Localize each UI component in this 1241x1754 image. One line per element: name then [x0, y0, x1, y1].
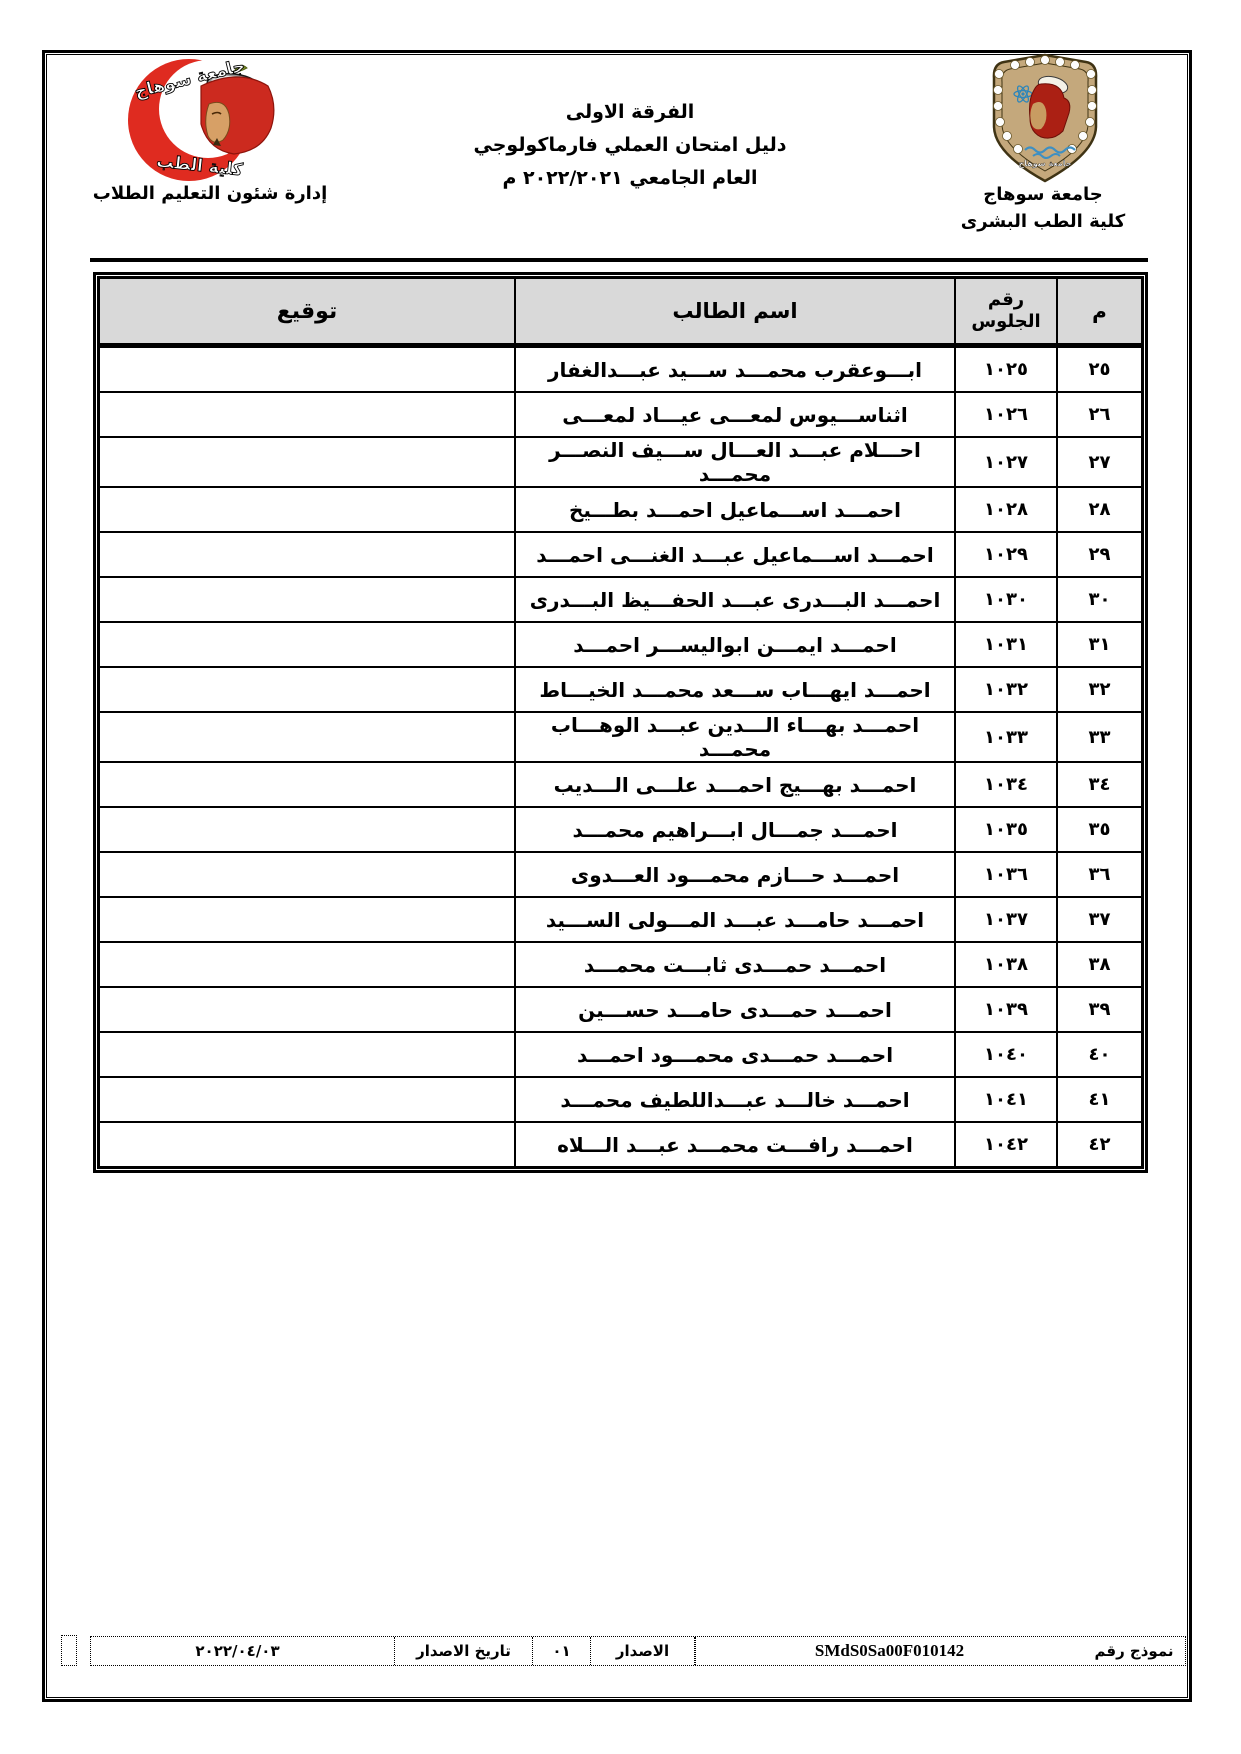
cell-index: ٣٦	[1057, 852, 1142, 897]
shield-caption: جامعة سوهاج	[1018, 159, 1071, 168]
cell-signature	[99, 762, 515, 807]
cell-signature	[99, 852, 515, 897]
cell-seat: ١٠٤٢	[955, 1122, 1057, 1167]
table-row: ٢٨١٠٢٨احمـــد اســـماعيل احمـــد بطـــيخ	[99, 487, 1142, 532]
cell-index: ٣٧	[1057, 897, 1142, 942]
cell-signature	[99, 392, 515, 437]
cell-signature	[99, 1032, 515, 1077]
cell-signature	[99, 577, 515, 622]
cell-name: احمـــد اســـماعيل احمـــد بطـــيخ	[515, 487, 955, 532]
sohag-crescent-college-logo-icon: جامعة سوهاج كلية الطب	[105, 54, 315, 186]
cell-signature	[99, 807, 515, 852]
cell-seat: ١٠٤١	[955, 1077, 1057, 1122]
issue-date-value: ٢٠٢٢/٠٤/٠٣	[91, 1637, 395, 1665]
students-roster-table-frame: م رقم الجلوس اسم الطالب توقيع ٢٥١٠٢٥ابــ…	[93, 272, 1148, 1173]
table-row: ٣٨١٠٣٨احمـــد حمـــدى ثابـــت محمـــد	[99, 942, 1142, 987]
cell-index: ٣٢	[1057, 667, 1142, 712]
header-separator-rule	[90, 258, 1148, 262]
table-row: ٣٦١٠٣٦احمـــد حـــازم محمـــود العـــدوى	[99, 852, 1142, 897]
col-header-index: م	[1057, 278, 1142, 346]
cell-name: احمـــد ايمـــن ابواليســـر احمـــد	[515, 622, 955, 667]
table-row: ٣٥١٠٣٥احمـــد جمـــال ابـــراهيم محمـــد	[99, 807, 1142, 852]
cell-index: ٤١	[1057, 1077, 1142, 1122]
cell-seat: ١٠٣٧	[955, 897, 1057, 942]
cell-seat: ١٠٢٩	[955, 532, 1057, 577]
cell-name: احمـــد حمـــدى محمـــود احمـــد	[515, 1032, 955, 1077]
table-row: ٣٤١٠٣٤احمـــد بهـــيج احمـــد علـــى الـ…	[99, 762, 1142, 807]
table-row: ٤١١٠٤١احمـــد خالـــد عبـــداللطيف محمــ…	[99, 1077, 1142, 1122]
cell-name: احمـــد حمـــدى ثابـــت محمـــد	[515, 942, 955, 987]
table-header-row: م رقم الجلوس اسم الطالب توقيع	[99, 278, 1142, 346]
cell-name: احمـــد اســـماعيل عبـــد الغنـــى احمــ…	[515, 532, 955, 577]
cell-signature	[99, 487, 515, 532]
table-row: ٣١١٠٣١احمـــد ايمـــن ابواليســـر احمـــ…	[99, 622, 1142, 667]
students-roster-table: م رقم الجلوس اسم الطالب توقيع ٢٥١٠٢٥ابــ…	[98, 277, 1143, 1168]
cell-name: احمـــد حمـــدى حامـــد حســـين	[515, 987, 955, 1032]
cell-seat: ١٠٣٥	[955, 807, 1057, 852]
cell-signature	[99, 712, 515, 762]
col-header-signature: توقيع	[99, 278, 515, 346]
grade-title: الفرقة الاولى	[420, 96, 840, 129]
cell-name: احمـــد بهـــاء الـــدين عبـــد الوهـــا…	[515, 712, 955, 762]
table-row: ٣٧١٠٣٧احمـــد حامـــد عبـــد المـــولى ا…	[99, 897, 1142, 942]
cell-signature	[99, 532, 515, 577]
cell-seat: ١٠٣٤	[955, 762, 1057, 807]
version-label: الاصدار	[591, 1637, 695, 1665]
cell-seat: ١٠٣٠	[955, 577, 1057, 622]
sohag-university-shield-logo-icon: جامعة سوهاج	[983, 52, 1107, 186]
exam-guide-title: دليل امتحان العملي فارماكولوجي	[420, 129, 840, 162]
cell-seat: ١٠٢٥	[955, 346, 1057, 393]
table-row: ٣٩١٠٣٩احمـــد حمـــدى حامـــد حســـين	[99, 987, 1142, 1032]
cell-seat: ١٠٣٨	[955, 942, 1057, 987]
issue-date-label: تاريخ الاصدار	[395, 1637, 533, 1665]
cell-index: ٢٥	[1057, 346, 1142, 393]
cell-index: ٣٠	[1057, 577, 1142, 622]
cell-name: احمـــد جمـــال ابـــراهيم محمـــد	[515, 807, 955, 852]
cell-index: ٤٠	[1057, 1032, 1142, 1077]
cell-name: احمـــد بهـــيج احمـــد علـــى الـــديب	[515, 762, 955, 807]
cell-name: احمـــد حـــازم محمـــود العـــدوى	[515, 852, 955, 897]
table-row: ٢٧١٠٢٧احـــلام عبـــد العـــال ســـيف ال…	[99, 437, 1142, 487]
cell-index: ٣٤	[1057, 762, 1142, 807]
cell-signature	[99, 987, 515, 1032]
cell-signature	[99, 897, 515, 942]
exam-title-block: الفرقة الاولى دليل امتحان العملي فارماكو…	[420, 96, 840, 195]
cell-signature	[99, 346, 515, 393]
cell-name: احمـــد حامـــد عبـــد المـــولى الســـي…	[515, 897, 955, 942]
col-header-name: اسم الطالب	[515, 278, 955, 346]
cell-index: ٤٢	[1057, 1122, 1142, 1167]
cell-index: ٣٨	[1057, 942, 1142, 987]
table-row: ٣٢١٠٣٢احمـــد ايهـــاب ســـعد محمـــد ال…	[99, 667, 1142, 712]
cell-name: احمـــد البـــدرى عبـــد الحفـــيظ البــ…	[515, 577, 955, 622]
cell-index: ٣٥	[1057, 807, 1142, 852]
cell-seat: ١٠٤٠	[955, 1032, 1057, 1077]
cell-index: ٣٩	[1057, 987, 1142, 1032]
cell-seat: ١٠٣٣	[955, 712, 1057, 762]
col-header-seat: رقم الجلوس	[955, 278, 1057, 346]
cell-seat: ١٠٢٨	[955, 487, 1057, 532]
cell-index: ٣١	[1057, 622, 1142, 667]
university-name: جامعة سوهاج	[953, 184, 1133, 205]
administration-caption: إدارة شئون التعليم الطلاب	[80, 183, 340, 204]
form-number-value: SMdS0Sa00F010142	[695, 1637, 1083, 1665]
cell-signature	[99, 622, 515, 667]
footer-form-bar: نموذج رقم SMdS0Sa00F010142 الاصدار ٠١ تا…	[90, 1636, 1186, 1666]
cell-name: احمـــد رافـــت محمـــد عبـــد الـــلاه	[515, 1122, 955, 1167]
cell-seat: ١٠٣٦	[955, 852, 1057, 897]
cell-index: ٢٦	[1057, 392, 1142, 437]
cell-signature	[99, 1122, 515, 1167]
cell-name: احمـــد خالـــد عبـــداللطيف محمـــد	[515, 1077, 955, 1122]
cell-signature	[99, 1077, 515, 1122]
faculty-name: كلية الطب البشرى	[943, 211, 1143, 232]
academic-year: العام الجامعي ٢٠٢٢/٢٠٢١ م	[420, 162, 840, 195]
table-row: ٢٥١٠٢٥ابـــوعقرب محمـــد ســـيد عبـــدال…	[99, 346, 1142, 393]
cell-index: ٢٩	[1057, 532, 1142, 577]
cell-signature	[99, 667, 515, 712]
cell-signature	[99, 942, 515, 987]
cell-seat: ١٠٢٦	[955, 392, 1057, 437]
table-row: ٣٣١٠٣٣احمـــد بهـــاء الـــدين عبـــد ال…	[99, 712, 1142, 762]
cell-index: ٢٧	[1057, 437, 1142, 487]
cell-signature	[99, 437, 515, 487]
cell-name: ابـــوعقرب محمـــد ســـيد عبـــدالغفار	[515, 346, 955, 393]
cell-name: احـــلام عبـــد العـــال ســـيف النصـــر…	[515, 437, 955, 487]
student-rows: ٢٥١٠٢٥ابـــوعقرب محمـــد ســـيد عبـــدال…	[99, 346, 1142, 1168]
form-number-label: نموذج رقم	[1083, 1637, 1185, 1665]
cell-index: ٣٣	[1057, 712, 1142, 762]
table-row: ٤٢١٠٤٢احمـــد رافـــت محمـــد عبـــد الـ…	[99, 1122, 1142, 1167]
cell-seat: ١٠٣٢	[955, 667, 1057, 712]
cell-seat: ١٠٢٧	[955, 437, 1057, 487]
version-value: ٠١	[533, 1637, 591, 1665]
footer-side-box	[61, 1635, 77, 1666]
cell-index: ٢٨	[1057, 487, 1142, 532]
cell-name: احمـــد ايهـــاب ســـعد محمـــد الخيـــا…	[515, 667, 955, 712]
cell-name: اثناســـيوس لمعـــى عيـــاد لمعـــى	[515, 392, 955, 437]
table-row: ٤٠١٠٤٠احمـــد حمـــدى محمـــود احمـــد	[99, 1032, 1142, 1077]
cell-seat: ١٠٣١	[955, 622, 1057, 667]
table-row: ٢٩١٠٢٩احمـــد اســـماعيل عبـــد الغنـــى…	[99, 532, 1142, 577]
cell-seat: ١٠٣٩	[955, 987, 1057, 1032]
table-row: ٣٠١٠٣٠احمـــد البـــدرى عبـــد الحفـــيظ…	[99, 577, 1142, 622]
table-row: ٢٦١٠٢٦اثناســـيوس لمعـــى عيـــاد لمعـــ…	[99, 392, 1142, 437]
